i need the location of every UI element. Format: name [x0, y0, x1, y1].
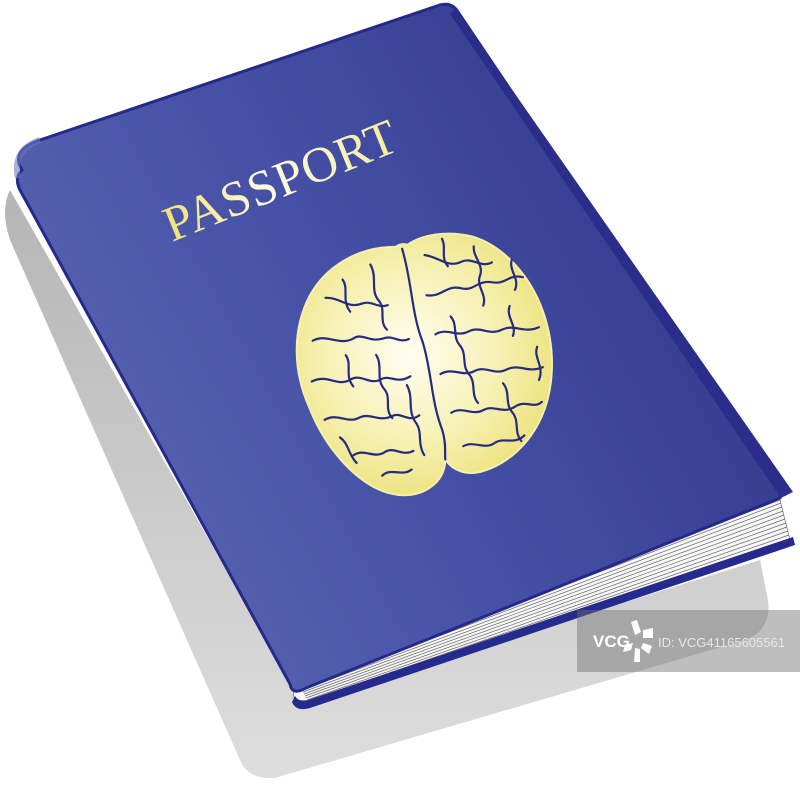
- watermark: VCG ID: VCG41165605561: [577, 610, 800, 672]
- passport-book: PASSPORT: [0, 0, 800, 785]
- passport-illustration: PASSPORT: [0, 0, 800, 785]
- watermark-id: ID: VCG41165605561: [658, 635, 785, 650]
